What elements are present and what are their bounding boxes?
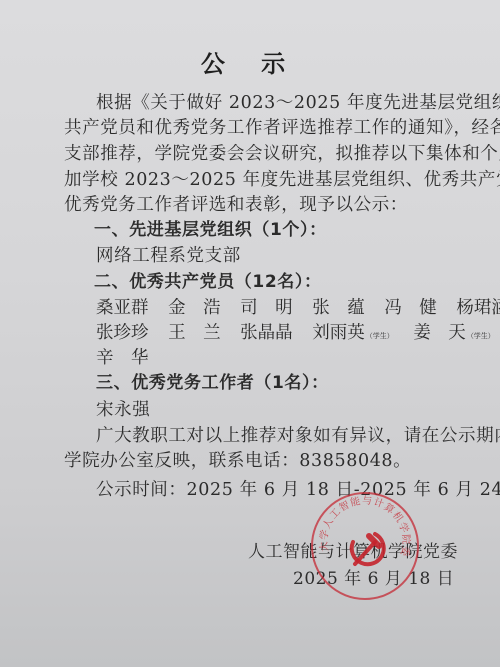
names-row: 辛 华 xyxy=(96,347,163,369)
member-name: 金 浩 xyxy=(168,297,221,319)
intro-line: 支部推荐，学院党委会会议研究，拟推荐以下集体和个人参 xyxy=(64,143,500,165)
member-name: 姜 天 xyxy=(413,322,466,344)
seal-text: 大学人工智能与计算机学院委员会 xyxy=(313,494,413,558)
member-name: 冯 健 xyxy=(384,297,437,319)
member-name: 王 兰 xyxy=(168,322,221,344)
section1-item: 网络工程系党支部 xyxy=(96,245,241,267)
member-note: （学生） xyxy=(467,332,495,340)
names-row: 桑亚群 金 浩 司 明 张 蕴 冯 健 杨珺涵 xyxy=(96,297,500,319)
intro-line: 共产党员和优秀党务工作者评选推荐工作的通知》，经各党 xyxy=(64,117,500,139)
section3-item: 宋永强 xyxy=(96,399,150,421)
closing-line: 广大教职工对以上推荐对象如有异议，请在公示期内向 xyxy=(96,425,500,447)
intro-line: 根据《关于做好 2023～2025 年度先进基层党组织、优秀 xyxy=(96,92,500,114)
member-name: 张 蕴 xyxy=(312,297,365,319)
intro-line: 优秀党务工作者评选和表彰，现予以公示： xyxy=(64,194,408,216)
member-entry: 刘雨英（学生） xyxy=(312,322,394,347)
section3-heading: 三、优秀党务工作者（1名）： xyxy=(96,372,329,394)
member-name: 刘雨英 xyxy=(312,322,365,344)
intro-line: 加学校 2023～2025 年度先进基层党组织、优秀共产党员和 xyxy=(64,169,500,191)
names-row: 张珍珍 王 兰 张晶晶 刘雨英（学生） 姜 天（学生） xyxy=(96,322,500,347)
member-name: 张珍珍 xyxy=(96,322,149,344)
member-note: （学生） xyxy=(366,332,394,340)
seal-graphic: 大学人工智能与计算机学院委员会 xyxy=(313,494,417,598)
section1-heading: 一、先进基层党组织（1个）： xyxy=(94,219,327,241)
publicity-period: 公示时间：2025 年 6 月 18 日-2025 年 6 月 24 日。 xyxy=(96,479,500,501)
document-title: 公 示 xyxy=(0,44,500,79)
member-name: 辛 华 xyxy=(96,347,149,369)
svg-text:大学人工智能与计算机学院委员会: 大学人工智能与计算机学院委员会 xyxy=(313,494,413,558)
section2-heading: 二、优秀共产党员（12名）： xyxy=(94,271,322,293)
member-name: 司 明 xyxy=(240,297,293,319)
member-name: 桑亚群 xyxy=(96,297,149,319)
closing-line: 学院办公室反映，联系电话：83858048。 xyxy=(64,450,411,472)
member-entry: 姜 天（学生） xyxy=(413,322,495,347)
notice-document: 公 示 根据《关于做好 2023～2025 年度先进基层党组织、优秀 共产党员和… xyxy=(0,0,500,667)
hammer-sickle-icon xyxy=(352,534,384,564)
member-name: 杨珺涵 xyxy=(456,297,500,319)
member-name: 张晶晶 xyxy=(240,322,293,344)
official-seal: 大学人工智能与计算机学院委员会 xyxy=(311,492,419,600)
